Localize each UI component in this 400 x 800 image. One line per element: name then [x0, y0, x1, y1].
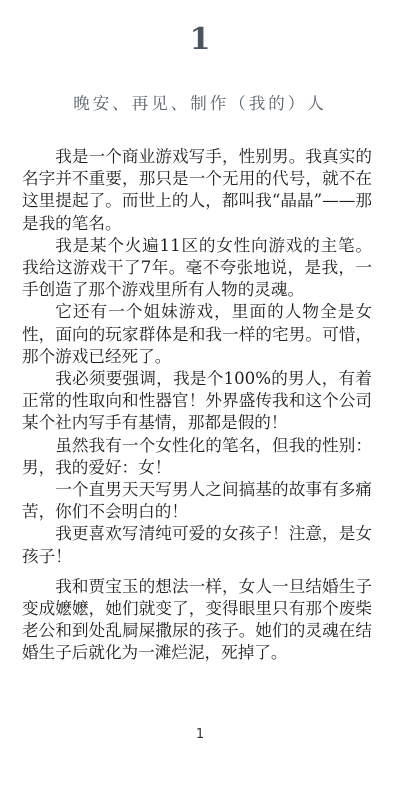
page-number: 1 [0, 726, 400, 744]
paragraph: 我必须要强调，我是个100%的男人，有着正常的性取向和性器官！外界盛传我和这个公… [22, 368, 372, 435]
paragraph: 虽然我有一个女性化的笔名，但我的性别：男，我的爱好：女！ [22, 435, 372, 479]
chapter-title: 晚安、再见、制作（我的）人 [0, 90, 400, 118]
paragraph: 我是一个商业游戏写手，性别男。我真实的名字并不重要，那只是一个无用的代号，就不在… [22, 146, 372, 235]
paragraph: 我和贾宝玉的想法一样，女人一旦结婚生子变成嬷嬷，她们就变了，变得眼里只有那个废柴… [22, 576, 372, 665]
paragraph: 一个直男天天写男人之间搞基的故事有多痛苦，你们不会明白的！ [22, 479, 372, 523]
paragraph: 我是某个火遍11区的女性向游戏的主笔。我给这游戏干了7年。毫不夸张地说，是我，一… [22, 235, 372, 302]
chapter-body: 我是一个商业游戏写手，性别男。我真实的名字并不重要，那只是一个无用的代号，就不在… [22, 146, 372, 665]
paragraph: 我更喜欢写清纯可爱的女孩子！注意，是女孩子！ [22, 523, 372, 567]
paragraph: 它还有一个姐妹游戏，里面的人物全是女性，面向的玩家群体是和我一样的宅男。可惜，那… [22, 301, 372, 368]
chapter-number: 1 [0, 20, 400, 60]
